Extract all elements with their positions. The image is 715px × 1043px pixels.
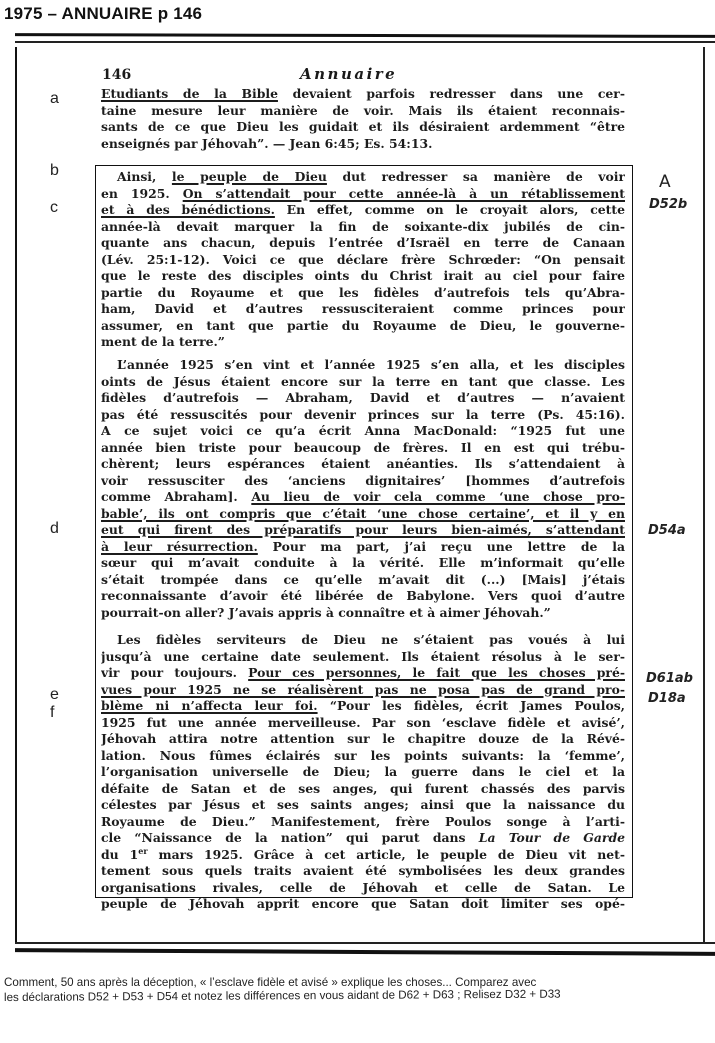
underlined-text: et à des bénédictions.: [101, 202, 275, 217]
page-number: 146: [102, 67, 131, 83]
text-line: fidèles d’autrefois — Abraham, David et …: [101, 390, 625, 407]
text-line: année-là devait marquer la fin de soixan…: [101, 219, 625, 236]
margin-letter-e: e: [50, 686, 59, 704]
margin-letter-d: d: [50, 520, 59, 538]
underlined-text: blème ni n’affecta leur foi.: [101, 698, 318, 713]
text-line: tement sous quels traits avaient été sym…: [101, 863, 625, 880]
underlined-text: Au lieu de voir cela comme ‘une chose pr…: [251, 489, 625, 504]
margin-ref-d61ab: D61ab: [646, 671, 693, 686]
text-line: organisations rivales, celle de Jéhovah …: [101, 880, 625, 897]
text-line: peuple de Jéhovah apprit encore que Sata…: [101, 896, 625, 913]
text-line: Jéhovah attira notre attention sur le ch…: [101, 731, 625, 748]
margin-letter-b: b: [50, 162, 59, 180]
footer-line-2: les déclarations D52 + D53 + D54 et note…: [4, 986, 710, 1005]
text-line: que le reste des disciples oints du Chri…: [101, 268, 625, 285]
document-title: 1975 – ANNUAIRE p 146: [4, 4, 202, 24]
text-line: pas été ressuscités pour devenir princes…: [101, 407, 625, 424]
text-line: (Lév. 25:1-12). Voici ce que déclare frè…: [101, 252, 625, 269]
text-line: assumer, en tant que partie du Royaume d…: [101, 318, 625, 335]
text-line: L’année 1925 s’en vint et l’année 1925 s…: [101, 357, 625, 374]
text-line: Les fidèles serviteurs de Dieu ne s’étai…: [101, 632, 625, 649]
margin-ref-d52b: D52b: [649, 197, 687, 212]
text-line: vir pour toujours. Pour ces personnes, l…: [101, 665, 625, 682]
text-line: du 1er mars 1925. Grâce à cet article, l…: [101, 847, 625, 864]
text-line: voir ressusciter des ‘anciens dignitaire…: [101, 473, 625, 490]
underlined-text: Etudiants de la Bible: [101, 86, 278, 101]
running-head: Annuaire: [300, 65, 397, 83]
text-line: Royaume de Dieu.” Manifestement, frère P…: [101, 814, 625, 831]
text-line: blème ni n’affecta leur foi. “Pour les f…: [101, 698, 625, 715]
top-rule-inner: [15, 41, 715, 43]
underlined-text: eut qui firent des préparatifs pour leur…: [101, 522, 625, 537]
superscript: er: [138, 847, 147, 856]
margin-letter-c: c: [50, 199, 58, 217]
text-line: jusqu’à une certaine date seulement. Ils…: [101, 649, 625, 666]
text-line: quante ans chacun, depuis l’entrée d’Isr…: [101, 235, 625, 252]
paragraph-c: L’année 1925 s’en vint et l’année 1925 s…: [101, 357, 625, 621]
text-line: défaite de Satan et de ses anges, qui fu…: [101, 781, 625, 798]
text-line: année bien triste pour beaucoup de frère…: [101, 440, 625, 457]
text-line: et à des bénédictions. En effet, comme o…: [101, 202, 625, 219]
text-line: sants de ce que Dieu les guidait et ils …: [101, 119, 625, 136]
margin-ref-d18a: D18a: [648, 691, 686, 706]
paragraph-d: Les fidèles serviteurs de Dieu ne s’étai…: [101, 632, 625, 913]
text-line: pourrait-on aller? J’avais appris à conn…: [101, 605, 625, 622]
text-line: bable’, ils ont compris que c’était ‘une…: [101, 506, 625, 523]
text-line: l’organisation universelle de Dieu; la g…: [101, 764, 625, 781]
text-line: ment de la terre.”: [101, 334, 625, 351]
underlined-text: à leur résurrection.: [101, 539, 258, 554]
paragraph-a: Etudiants de la Bible devaient parfois r…: [101, 86, 625, 152]
text-line: ham, David et d’autres ressusciteraient …: [101, 301, 625, 318]
text-line: à leur résurrection. Pour ma part, j’ai …: [101, 539, 625, 556]
bottom-rule: [15, 948, 715, 956]
text-line: A ce sujet voici ce qu’a écrit Anna MacD…: [101, 423, 625, 440]
top-rule: [15, 33, 715, 38]
text-line: Ainsi, le peuple de Dieu dut redresser s…: [101, 169, 625, 186]
text-line: lation. Nous fûmes éclairés sur les poin…: [101, 748, 625, 765]
text-line: eut qui firent des préparatifs pour leur…: [101, 522, 625, 539]
text-line: taine mesure leur manière de voir. Mais …: [101, 103, 625, 120]
margin-ref-d54a: D54a: [648, 523, 686, 538]
margin-ref-A: A: [659, 172, 671, 192]
text-line: sœur qui m’avait conduite à la vérité. E…: [101, 555, 625, 572]
text-line: oints de Jésus étaient encore sur la ter…: [101, 374, 625, 391]
text-line: 1925 fut une année merveilleuse. Par son…: [101, 715, 625, 732]
underlined-text: bable’, ils ont compris que c’était ‘une…: [101, 506, 625, 521]
underlined-text: vues pour 1925 ne se réalisèrent pas ne …: [101, 682, 625, 697]
text-line: célestes par Jésus et ses saints anges; …: [101, 797, 625, 814]
footer-note: Comment, 50 ans après la déception, « l’…: [4, 975, 710, 1005]
italic-text: La Tour de Garde: [479, 830, 625, 845]
bottom-rule-inner: [15, 942, 715, 944]
margin-letter-a: a: [50, 90, 59, 108]
text-line: cle “Naissance de la nation” qui parut d…: [101, 830, 625, 847]
text-line: en 1925. On s’attendait pour cette année…: [101, 186, 625, 203]
text-line: enseignés par Jéhovah”. — Jean 6:45; Es.…: [101, 136, 625, 153]
text-line: comme Abraham]. Au lieu de voir cela com…: [101, 489, 625, 506]
text-line: reconnaissante d’avoir été libérée de Ba…: [101, 588, 625, 605]
underlined-text: On s’attendait pour cette année-là à un …: [183, 186, 625, 201]
margin-letter-f: f: [50, 704, 54, 722]
text-line: chèrent; leurs espérances étaient anéant…: [101, 456, 625, 473]
text-line: partie du Royaume et que les fidèles d’a…: [101, 285, 625, 302]
paragraph-b: Ainsi, le peuple de Dieu dut redresser s…: [101, 169, 625, 351]
text-line: s’était trompée dans ce qu’elle m’avait …: [101, 572, 625, 589]
underlined-text: le peuple de Dieu: [172, 169, 327, 184]
text-line: vues pour 1925 ne se réalisèrent pas ne …: [101, 682, 625, 699]
text-line: Etudiants de la Bible devaient parfois r…: [101, 86, 625, 103]
underlined-text: Pour ces personnes, le fait que les chos…: [248, 665, 625, 680]
